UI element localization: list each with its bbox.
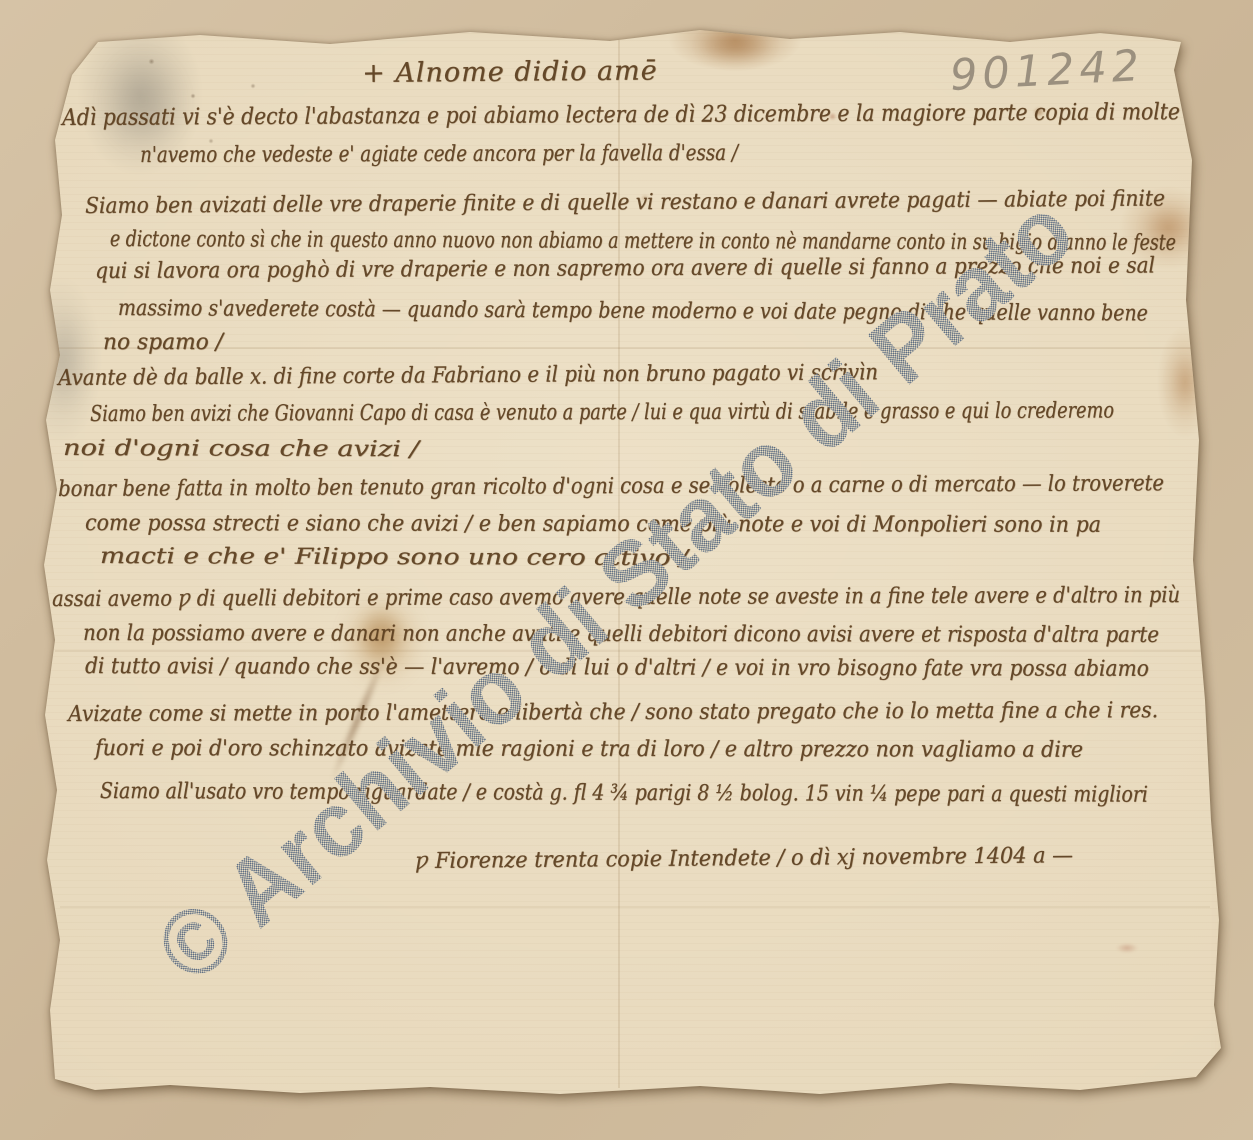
handwritten-line: massimo s'avederete costà — quando sarà … bbox=[118, 296, 1253, 327]
paper-shadow: + Alnome didio amē Adì passati vi s'è de… bbox=[0, 0, 1253, 1140]
stain bbox=[190, 93, 196, 99]
fold-crease bbox=[60, 906, 1210, 908]
stain bbox=[148, 58, 155, 65]
stain bbox=[250, 83, 256, 89]
handwritten-line: bonar bene fatta in molto ben tenuto gra… bbox=[58, 470, 1253, 502]
handwritten-line-text: massimo s'avederete costà — quando sarà … bbox=[118, 296, 1148, 326]
paper: + Alnome didio amē Adì passati vi s'è de… bbox=[0, 0, 1253, 1140]
handwritten-line: e dictone conto sì che in questo anno nu… bbox=[110, 227, 1253, 257]
handwritten-line-text: e dictone conto sì che in questo anno nu… bbox=[110, 227, 1176, 256]
stain bbox=[1114, 942, 1140, 954]
stain bbox=[96, 44, 191, 159]
heading-text: + Alnome didio amē bbox=[362, 55, 658, 89]
stain bbox=[42, 300, 90, 420]
handwritten-line-text: Siamo ben avizati delle vre draperie fin… bbox=[85, 186, 1165, 219]
handwritten-line: n'avemo che vedeste e' agiate cede ancor… bbox=[140, 140, 860, 168]
handwritten-line: assai avemo ƿ di quelli debitori e prime… bbox=[52, 583, 1253, 612]
handwritten-line: Adì passati vi s'è decto l'abastanza e p… bbox=[62, 98, 1253, 131]
handwritten-line-text: di tutto avisi / quando che ss'è — l'avr… bbox=[85, 654, 1149, 682]
handwritten-line-text: fuori e poi d'oro schinzato avizate mie … bbox=[95, 736, 1083, 763]
handwritten-line-text: Siamo ben avizi che Giovanni Capo di cas… bbox=[90, 398, 1114, 427]
handwritten-line-text: come possa strecti e siano che avizi / e… bbox=[85, 511, 1101, 538]
handwritten-line: non la possiamo avere e danari non anche… bbox=[83, 621, 1253, 648]
handwritten-line-text: n'avemo che vedeste e' agiate cede ancor… bbox=[140, 141, 738, 168]
handwritten-line-text: ƿ Fiorenze trenta copie Intendete / o dì… bbox=[415, 843, 1073, 874]
handwritten-line: Siamo ben avizati delle vre draperie fin… bbox=[85, 186, 1253, 219]
handwritten-line: noi d'ogni cosa che avizi / bbox=[63, 436, 349, 462]
handwritten-line-text: Siamo all'usato vro tempo riguardate / e… bbox=[100, 779, 1148, 808]
handwritten-line-text: qui si lavora ora poghò di vre draperie … bbox=[95, 253, 1155, 284]
handwritten-line: Avante dè da balle x. di fine corte da F… bbox=[58, 360, 970, 391]
handwritten-line-text: Avizate come si mette in porto l'ametter… bbox=[68, 698, 1158, 727]
handwritten-line-text: macti e che e' Filippo sono uno cero att… bbox=[100, 544, 688, 571]
handwritten-line-text: Adì passati vi s'è decto l'abastanza e p… bbox=[62, 99, 1180, 131]
handwritten-line: fuori e poi d'oro schinzato avizate mie … bbox=[95, 736, 1149, 763]
handwritten-line-text: Avante dè da balle x. di fine corte da F… bbox=[58, 360, 878, 391]
handwritten-line: Siamo ben avizi che Giovanni Capo di cas… bbox=[90, 398, 1253, 427]
handwritten-line-text: no spamo / bbox=[103, 330, 223, 355]
handwritten-line-text: noi d'ogni cosa che avizi / bbox=[63, 436, 419, 462]
handwritten-line-text: bonar bene fatta in molto ben tenuto gra… bbox=[58, 471, 1164, 502]
handwritten-line-text: non la possiamo avere e danari non anche… bbox=[83, 621, 1159, 648]
handwritten-line: Siamo all'usato vro tempo riguardate / e… bbox=[100, 779, 1253, 808]
scanned-letter: + Alnome didio amē Adì passati vi s'è de… bbox=[0, 0, 1253, 1140]
scan-background: { "note": "handwritten medieval cursive;… bbox=[0, 0, 1253, 1140]
handwritten-line: qui si lavora ora poghò di vre draperie … bbox=[95, 253, 1253, 284]
archive-number: 901242 bbox=[949, 41, 1146, 101]
handwritten-line-text: assai avemo ƿ di quelli debitori e prime… bbox=[52, 583, 1180, 612]
handwritten-line: Avizate come si mette in porto l'ametter… bbox=[68, 698, 1253, 727]
handwritten-line: macti e che e' Filippo sono uno cero att… bbox=[100, 544, 588, 571]
fold-crease bbox=[55, 347, 1200, 349]
handwritten-line: ƿ Fiorenze trenta copie Intendete / o dì… bbox=[415, 843, 1110, 874]
heading-invocation: + Alnome didio amē bbox=[362, 55, 658, 89]
stain bbox=[688, 24, 783, 68]
handwritten-line: come possa strecti e siano che avizi / e… bbox=[85, 511, 1169, 538]
fold-crease bbox=[55, 650, 1205, 652]
handwritten-line: di tutto avisi / quando che ss'è — l'avr… bbox=[85, 654, 1240, 682]
handwritten-line: no spamo / bbox=[103, 330, 224, 355]
